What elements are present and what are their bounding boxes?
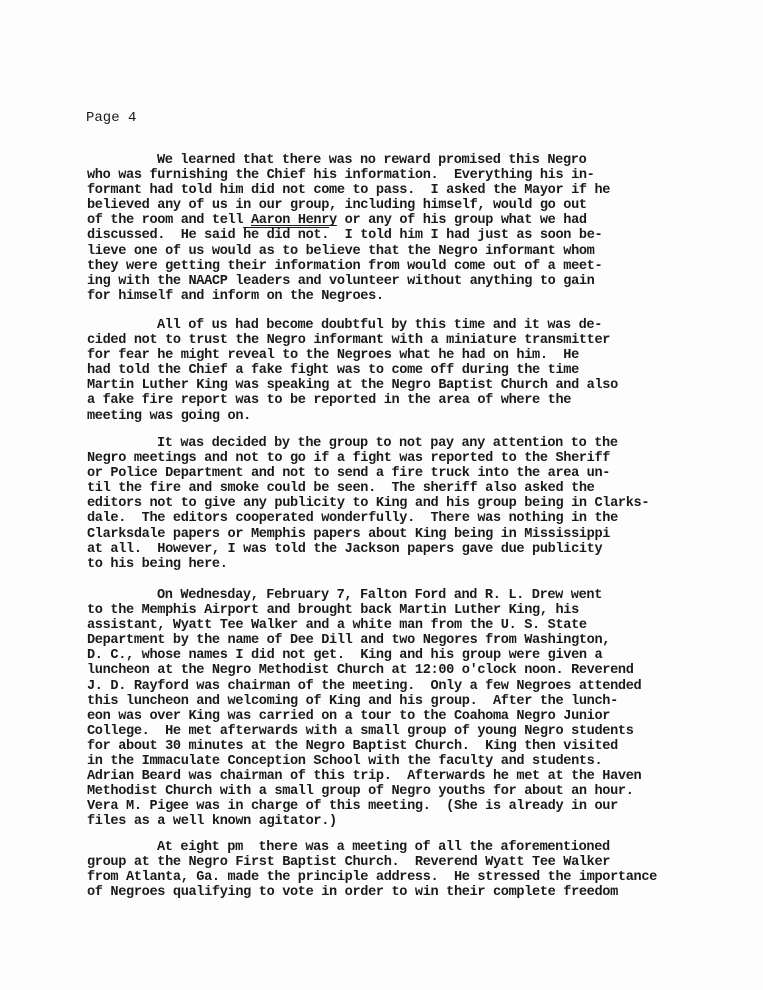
text-line: they were getting their information from… bbox=[87, 259, 757, 274]
text-line: of the room and tell Aaron Henry or any … bbox=[87, 213, 757, 228]
text-line: dale. The editors cooperated wonderfully… bbox=[87, 511, 757, 526]
text-segment: or any of his group what we had bbox=[337, 213, 587, 228]
text-line: for himself and inform on the Negroes. bbox=[87, 289, 757, 304]
text-line: luncheon at the Negro Methodist Church a… bbox=[87, 663, 757, 678]
text-line: discussed. He said he did not. I told hi… bbox=[87, 228, 757, 243]
text-line: this luncheon and welcoming of King and … bbox=[87, 694, 757, 709]
paragraph-5: At eight pm there was a meeting of all t… bbox=[87, 840, 757, 900]
text-line: formant had told him did not come to pas… bbox=[87, 183, 757, 198]
text-segment: discussed. He said bbox=[87, 228, 243, 243]
text-line: On Wednesday, February 7, Falton Ford an… bbox=[87, 588, 757, 603]
text-line: Methodist Church with a small group of N… bbox=[87, 784, 757, 799]
text-line: Vera M. Pigee was in charge of this meet… bbox=[87, 799, 757, 814]
text-line: All of us had become doubtful by this ti… bbox=[87, 318, 757, 333]
text-line: At eight pm there was a meeting of all t… bbox=[87, 840, 757, 855]
text-segment: I told him I had just as soon be- bbox=[329, 228, 602, 243]
text-line: Adrian Beard was chairman of this trip. … bbox=[87, 769, 757, 784]
text-line: to his being here. bbox=[87, 557, 757, 572]
text-line: group at the Negro First Baptist Church.… bbox=[87, 855, 757, 870]
text-line: a fake fire report was to be reported in… bbox=[87, 393, 757, 408]
text-line: It was decided by the group to not pay a… bbox=[87, 436, 757, 451]
text-line: of Negroes qualifying to vote in order t… bbox=[87, 885, 757, 900]
text-line: We learned that there was no reward prom… bbox=[87, 153, 757, 168]
document-page: Page 4 We learned that there was no rewa… bbox=[0, 0, 763, 990]
paragraph-3: It was decided by the group to not pay a… bbox=[87, 436, 757, 572]
paragraph-1: We learned that there was no reward prom… bbox=[87, 153, 757, 304]
text-line: Negro meetings and not to go if a fight … bbox=[87, 451, 757, 466]
text-line: eon was over King was carried on a tour … bbox=[87, 709, 757, 724]
text-line: at all. However, I was told the Jackson … bbox=[87, 542, 757, 557]
text-line: or Police Department and not to send a f… bbox=[87, 466, 757, 481]
text-segment: of the room and tell bbox=[87, 213, 251, 228]
page-number: Page 4 bbox=[86, 110, 136, 126]
text-line: assistant, Wyatt Tee Walker and a white … bbox=[87, 618, 757, 633]
text-line: had told the Chief a fake fight was to c… bbox=[87, 363, 757, 378]
text-line: for fear he might reveal to the Negroes … bbox=[87, 348, 757, 363]
text-line: ing with the NAACP leaders and volunteer… bbox=[87, 274, 757, 289]
text-line: lieve one of us would as to believe that… bbox=[87, 244, 757, 259]
text-line: D. C., whose names I did not get. King a… bbox=[87, 648, 757, 663]
underlined-name-aaron-henry: Aaron Henry bbox=[251, 213, 337, 228]
text-line: J. D. Rayford was chairman of the meetin… bbox=[87, 679, 757, 694]
text-line: meeting was going on. bbox=[87, 409, 757, 424]
text-line: Martin Luther King was speaking at the N… bbox=[87, 378, 757, 393]
text-line: til the fire and smoke could be seen. Th… bbox=[87, 481, 757, 496]
text-line: believed any of us in our group, includi… bbox=[87, 198, 757, 213]
paragraph-2: All of us had become doubtful by this ti… bbox=[87, 318, 757, 424]
text-line: College. He met afterwards with a small … bbox=[87, 724, 757, 739]
text-line: cided not to trust the Negro informant w… bbox=[87, 333, 757, 348]
text-line: from Atlanta, Ga. made the principle add… bbox=[87, 870, 757, 885]
paragraph-4: On Wednesday, February 7, Falton Ford an… bbox=[87, 588, 757, 830]
text-line: in the Immaculate Conception School with… bbox=[87, 754, 757, 769]
text-line: Department by the name of Dee Dill and t… bbox=[87, 633, 757, 648]
marked-phrase: he did not. bbox=[243, 228, 329, 243]
text-line: editors not to give any publicity to Kin… bbox=[87, 496, 757, 511]
text-line: Clarksdale papers or Memphis papers abou… bbox=[87, 527, 757, 542]
text-line: who was furnishing the Chief his informa… bbox=[87, 168, 757, 183]
text-line: for about 30 minutes at the Negro Baptis… bbox=[87, 739, 757, 754]
text-line: files as a well known agitator.) bbox=[87, 814, 757, 829]
text-line: to the Memphis Airport and brought back … bbox=[87, 603, 757, 618]
